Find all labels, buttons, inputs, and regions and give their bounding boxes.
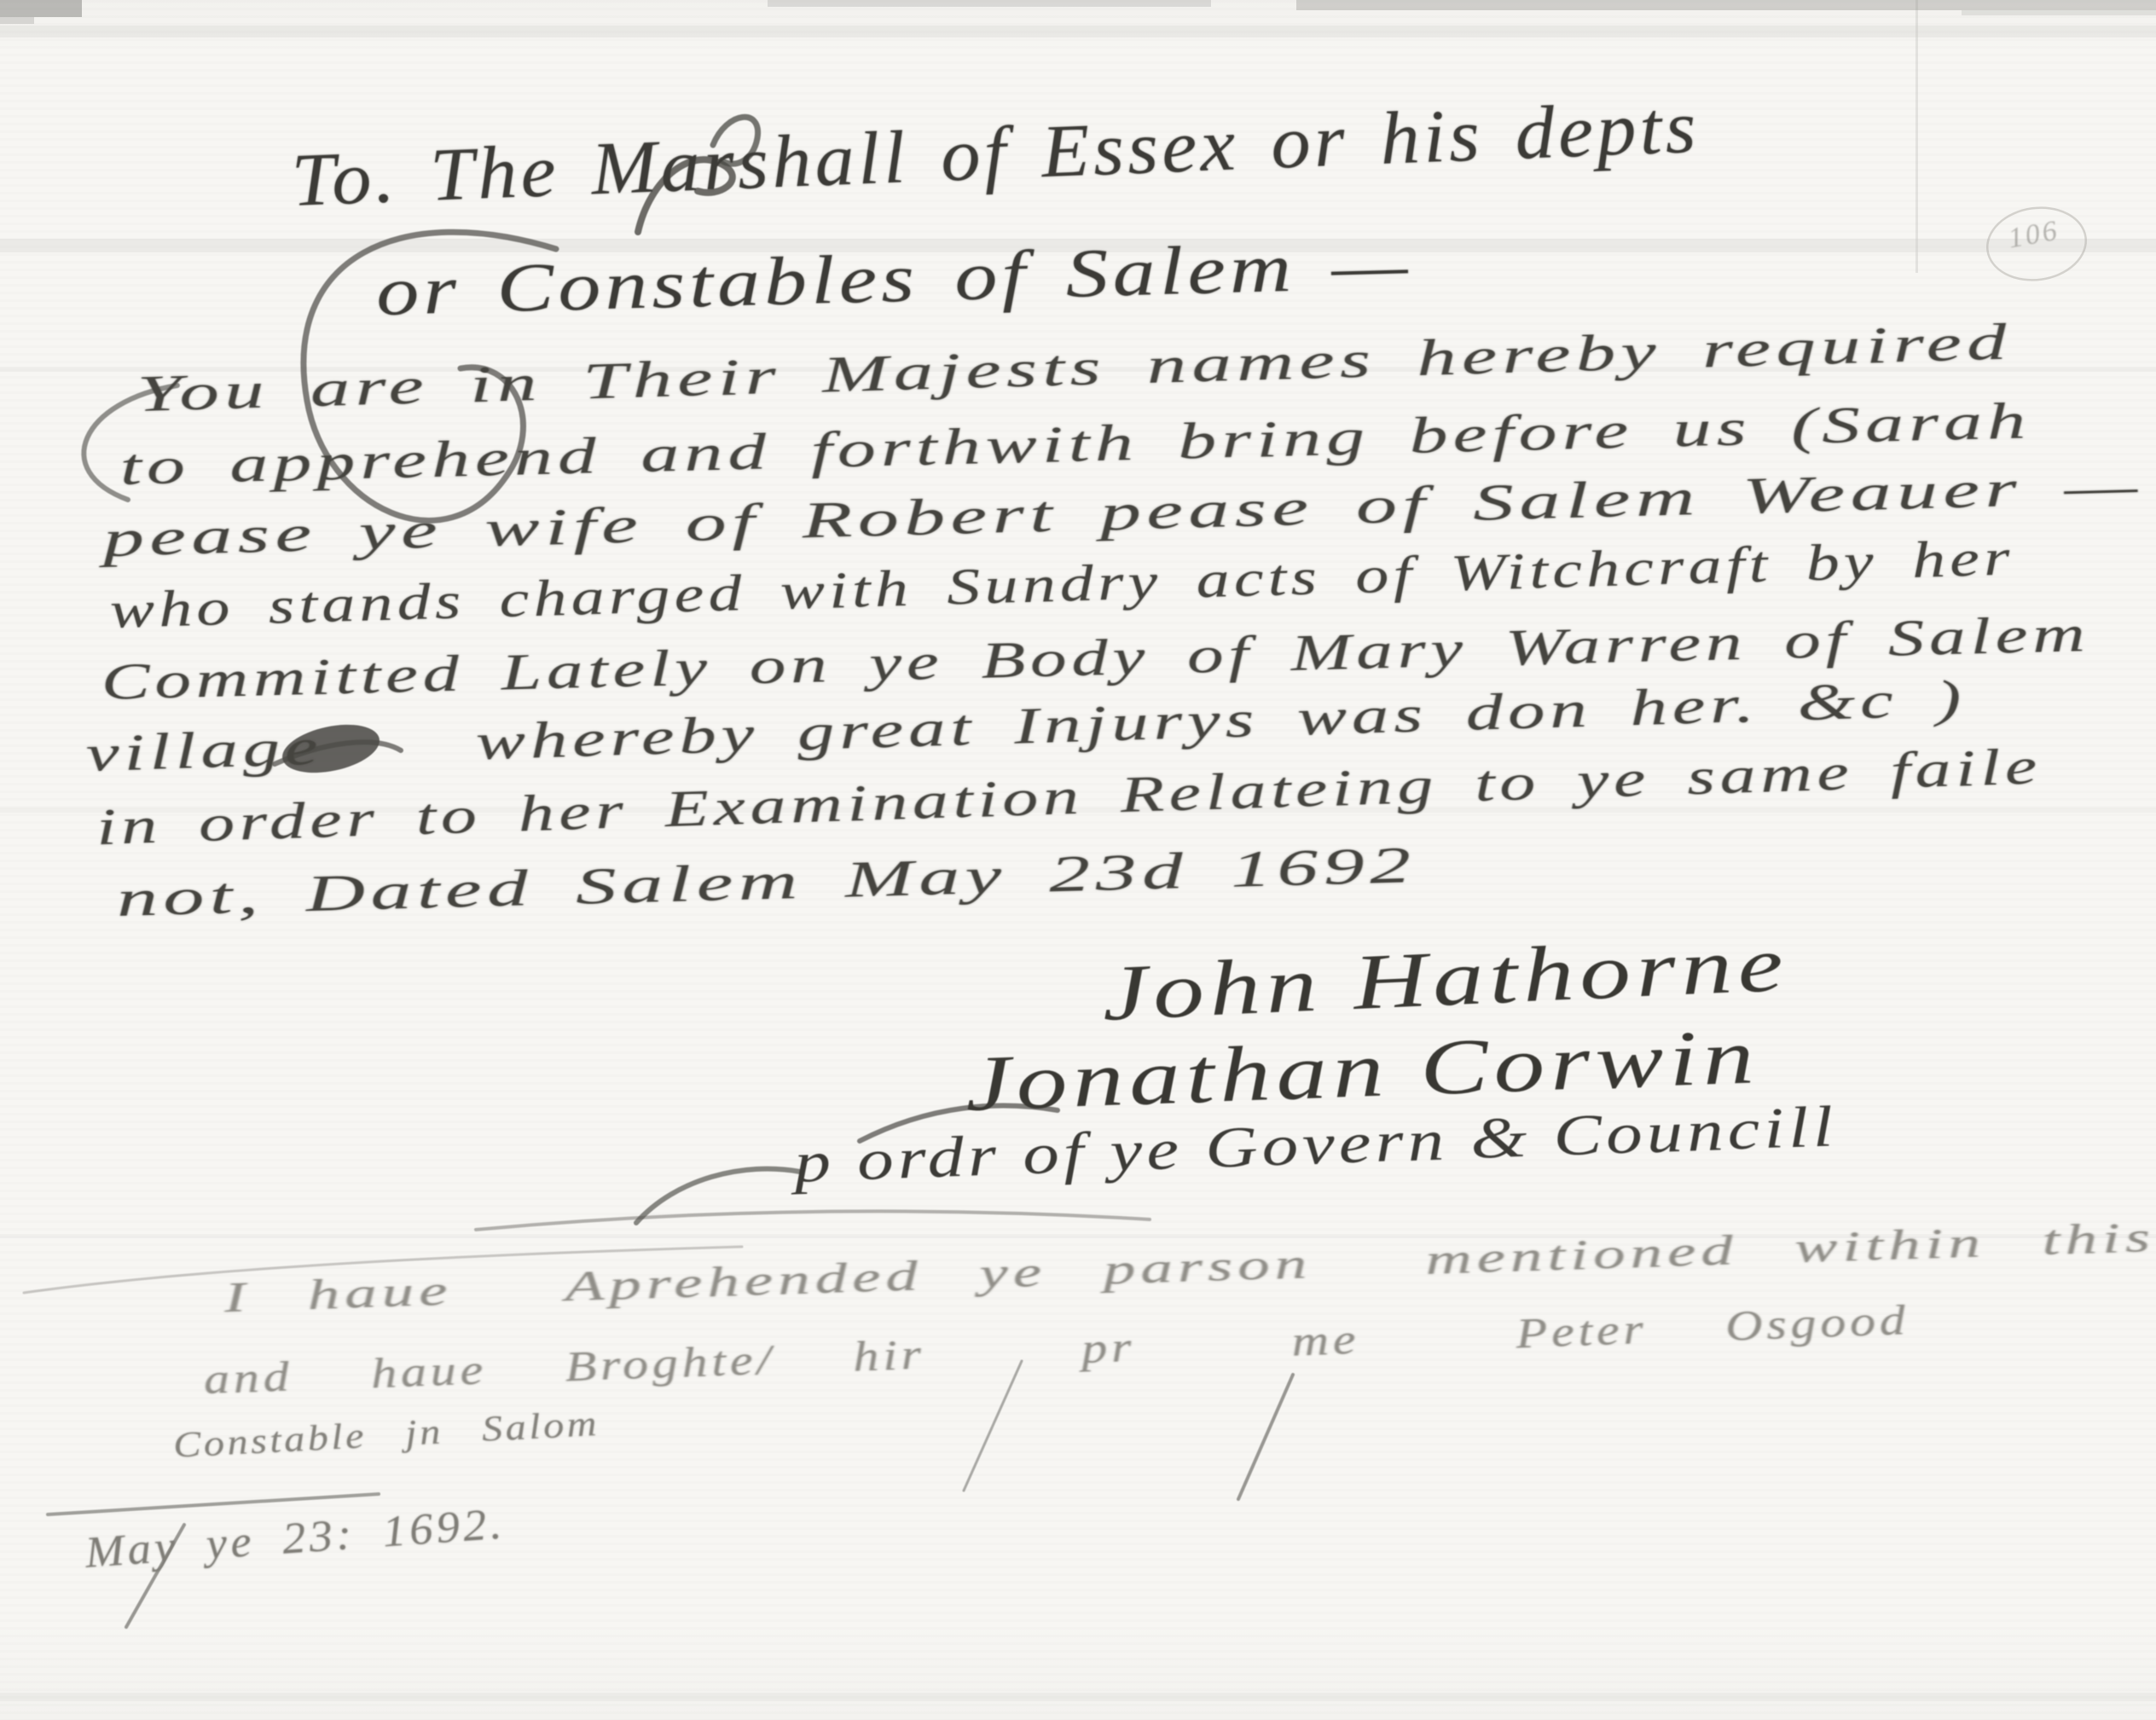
paper-crease [1915,0,1918,273]
pen-descender-stroke [964,1361,1022,1491]
scan-smudge [1962,10,2156,15]
manuscript-page: 106 To. The Marshall of Essex or his dep… [0,0,2156,1720]
order-line-swash [636,1169,800,1223]
order-underline-flourish [476,1211,1150,1230]
scan-smudge [1296,0,2156,10]
page-number: 106 [2006,215,2062,256]
return-line-date: May ye 23: 1692. [84,1499,507,1578]
scan-band [0,1693,2156,1701]
scan-band [0,26,2156,38]
scan-smudge [0,0,82,17]
pen-descender-stroke [1238,1375,1293,1499]
header-line-addressee: To. The Marshall of Essex or his depts [290,84,1701,224]
return-line-constable: Constable jn Salom [172,1404,600,1467]
scan-smudge [768,0,1211,7]
header-line-constables: or Constables of Salem — [375,227,1412,332]
scan-smudge [0,17,34,24]
